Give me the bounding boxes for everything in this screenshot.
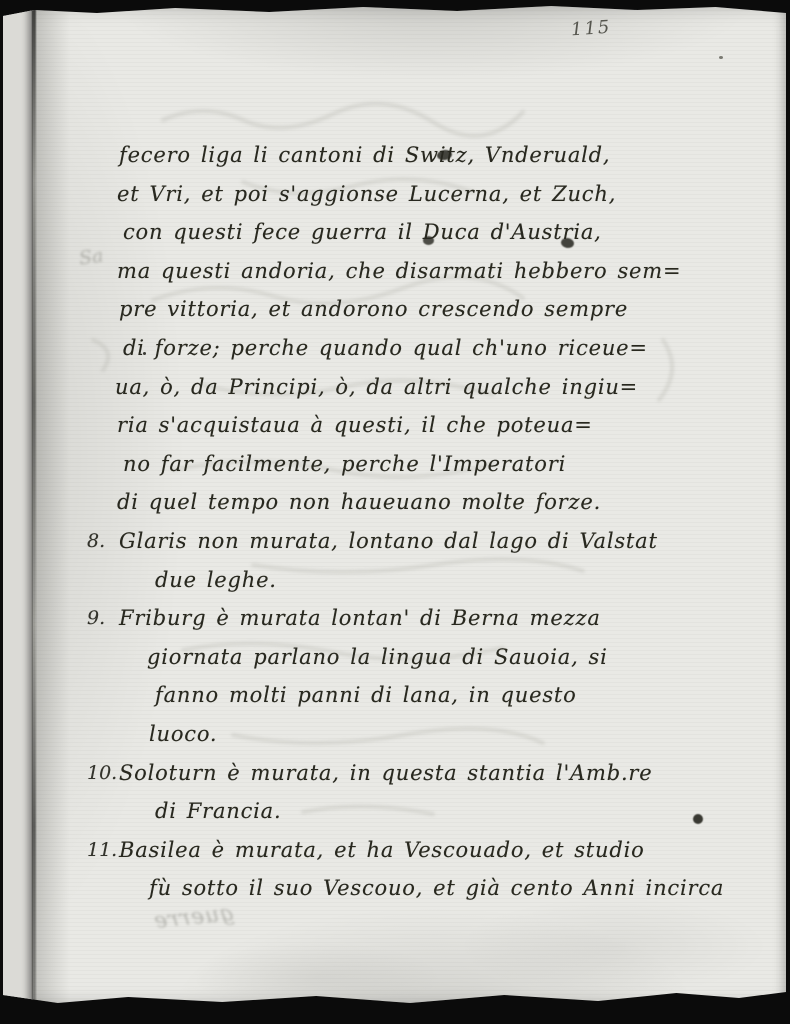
line-text: ria s'acquistaua à questi, il che poteua… bbox=[117, 413, 593, 437]
manuscript-line: 8.Glaris non murata, lontano dal lago di… bbox=[119, 522, 703, 561]
line-text: luoco. bbox=[149, 722, 217, 746]
line-text: fecero liga li cantoni di Switz, Vnderua… bbox=[119, 143, 610, 167]
line-text: Glaris non murata, lontano dal lago di V… bbox=[119, 529, 658, 553]
folio-number: 115 bbox=[570, 17, 612, 41]
bleedthrough-word: Sa bbox=[78, 244, 105, 269]
line-text: Basilea è murata, et ha Vescouado, et st… bbox=[119, 838, 645, 862]
line-text: Soloturn è murata, in questa stantia l'A… bbox=[119, 761, 653, 785]
line-text: giornata parlano la lingua di Sauoia, si bbox=[147, 645, 608, 669]
manuscript-line: luoco. bbox=[117, 715, 703, 754]
manuscript-line: ma questi andoria, che disarmati hebbero… bbox=[117, 252, 703, 291]
manuscript-line: con questi fece guerra il Duca d'Austria… bbox=[123, 213, 703, 252]
manuscript-line: ua, ò, da Principi, ò, da altri qualche … bbox=[115, 368, 703, 407]
manuscript-line: fù sotto il suo Vescouo, et già cento An… bbox=[117, 869, 703, 908]
manuscript-line: no far facilmente, perche l'Imperatori bbox=[123, 445, 703, 484]
manuscript-line: 9.Friburg è murata lontan' di Berna mezz… bbox=[119, 599, 703, 638]
item-number: 11. bbox=[87, 831, 117, 870]
line-text: et Vri, et poi s'aggionse Lucerna, et Zu… bbox=[117, 182, 616, 206]
line-text: di forze; perche quando qual ch'uno rice… bbox=[123, 336, 648, 360]
manuscript-line: pre vittoria, et andorono crescendo semp… bbox=[119, 290, 703, 329]
ink-speck bbox=[719, 56, 723, 59]
manuscript-page: 115 fecero liga li cantoni di Switz, Vnd… bbox=[3, 0, 786, 1007]
ink-blot bbox=[423, 236, 434, 245]
manuscript-line: di forze; perche quando qual ch'uno rice… bbox=[123, 329, 703, 368]
manuscript-text: fecero liga li cantoni di Switz, Vnderua… bbox=[117, 136, 703, 908]
manuscript-line: 11.Basilea è murata, et ha Vescouado, et… bbox=[119, 831, 703, 870]
manuscript-line: fecero liga li cantoni di Switz, Vnderua… bbox=[119, 136, 703, 175]
line-text: Friburg è murata lontan' di Berna mezza bbox=[119, 606, 601, 630]
manuscript-line: 10.Soloturn è murata, in questa stantia … bbox=[119, 754, 703, 793]
item-number: 9. bbox=[87, 599, 105, 638]
scanned-manuscript: 115 fecero liga li cantoni di Switz, Vnd… bbox=[0, 0, 790, 1024]
line-text: ua, ò, da Principi, ò, da altri qualche … bbox=[115, 375, 638, 399]
line-text: ma questi andoria, che disarmati hebbero… bbox=[117, 259, 681, 283]
manuscript-line: ria s'acquistaua à questi, il che poteua… bbox=[117, 406, 703, 445]
line-text: di quel tempo non haueuano molte forze. bbox=[117, 490, 601, 514]
line-text: no far facilmente, perche l'Imperatori bbox=[123, 452, 566, 476]
line-text: fanno molti panni di lana, in questo bbox=[155, 683, 577, 707]
ink-blot bbox=[693, 814, 703, 824]
manuscript-line: di Francia. bbox=[123, 792, 703, 831]
line-text: due leghe. bbox=[155, 568, 277, 592]
manuscript-line: di quel tempo non haueuano molte forze. bbox=[117, 483, 703, 522]
line-text: pre vittoria, et andorono crescendo semp… bbox=[119, 297, 628, 321]
item-number: 8. bbox=[87, 522, 105, 561]
manuscript-line: fanno molti panni di lana, in questo bbox=[123, 676, 703, 715]
item-number: 10. bbox=[87, 754, 117, 793]
line-text: fù sotto il suo Vescouo, et già cento An… bbox=[149, 876, 724, 900]
line-text: di Francia. bbox=[155, 799, 281, 823]
ink-speck bbox=[143, 352, 146, 355]
line-text: con questi fece guerra il Duca d'Austria… bbox=[123, 220, 602, 244]
manuscript-line: due leghe. bbox=[123, 561, 703, 600]
manuscript-line: giornata parlano la lingua di Sauoia, si bbox=[115, 638, 703, 677]
manuscript-line: et Vri, et poi s'aggionse Lucerna, et Zu… bbox=[117, 175, 703, 214]
